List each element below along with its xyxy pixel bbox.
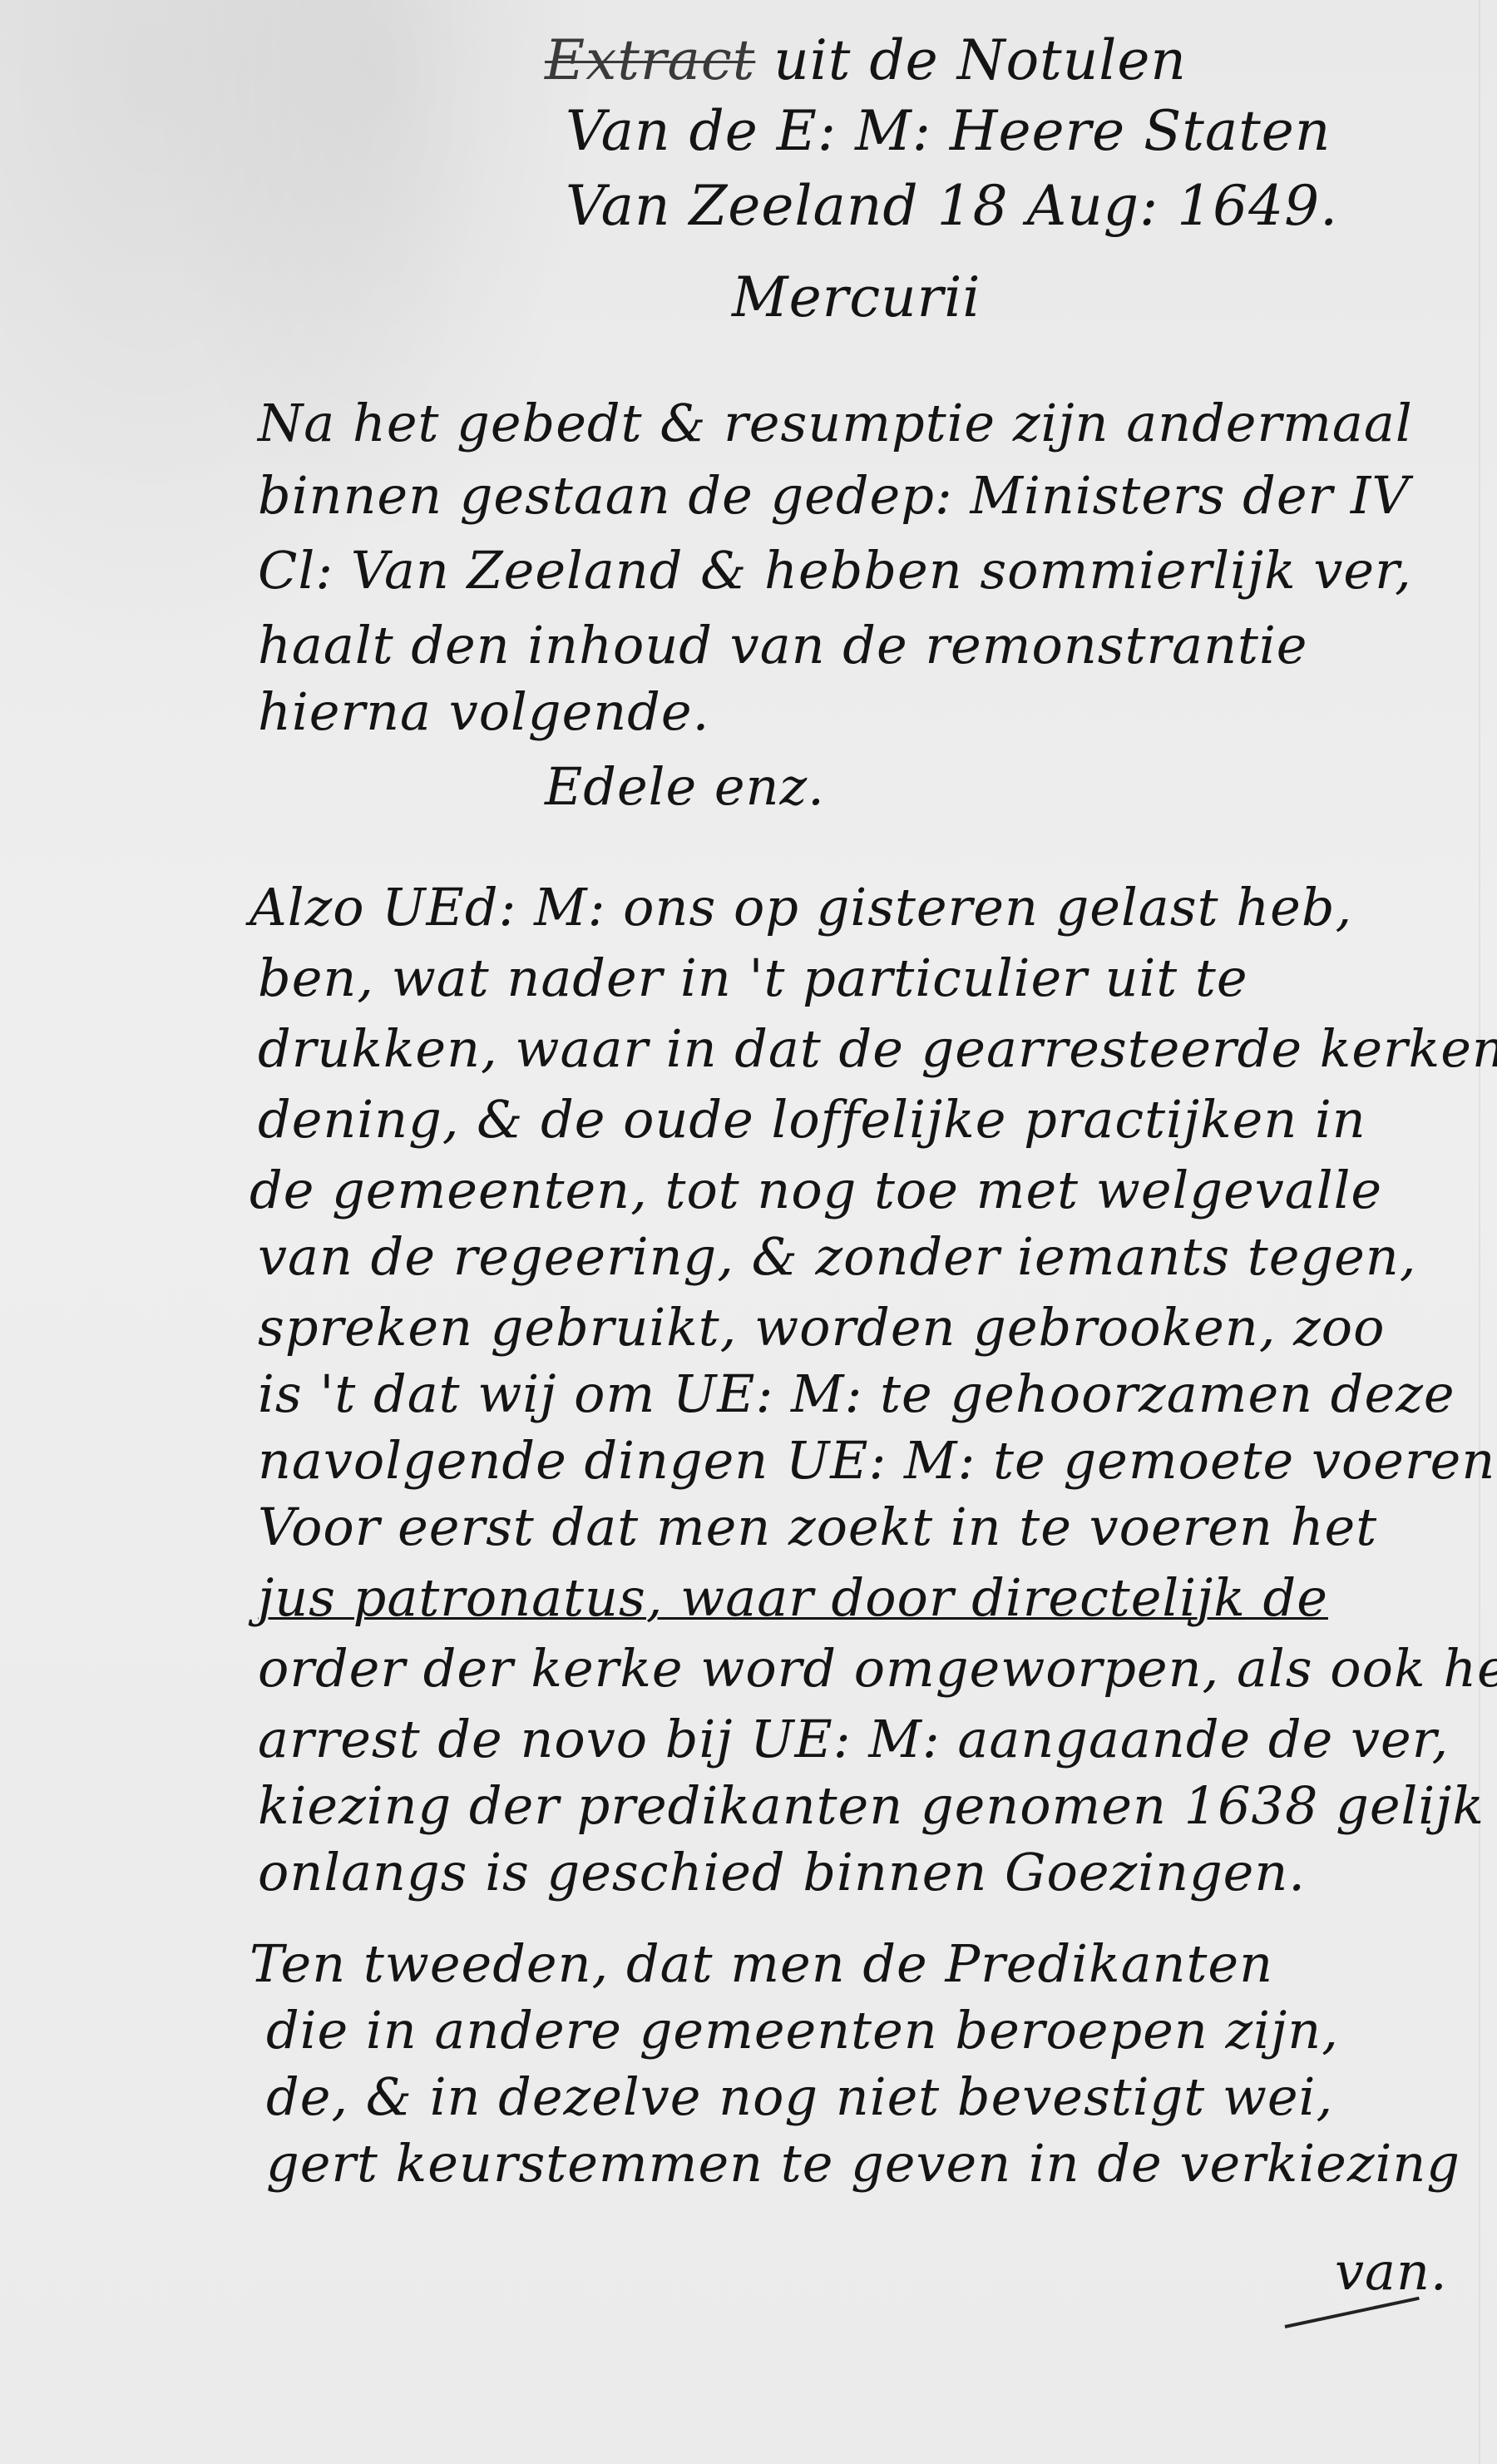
body1-line-4: dening, & de oude loffelijke practijken … (258, 1094, 1366, 1145)
body1-line-3: drukken, waar in dat de gearresteerde ke… (258, 1023, 1497, 1075)
intro-line-1: Na het gebedt & resumptie zijn andermaal (258, 398, 1413, 449)
body1-line-6: van de regeering, & zonder iemants tegen… (258, 1231, 1416, 1283)
page-edge-shadow (1479, 0, 1480, 2464)
header-struck-word: Extract (545, 28, 755, 92)
header-line-4: Mercurii (732, 270, 981, 325)
header-line-3: Van Zeeland 18 Aug: 1649. (566, 179, 1338, 234)
intro-line-2: binnen gestaan de gedep: Ministers der I… (258, 470, 1410, 522)
body1-line-14: kiezing der predikanten genomen 1638 gel… (258, 1780, 1485, 1832)
body1-line-13: arrest de novo bij UE: M: aangaande de v… (258, 1714, 1449, 1765)
body1-line-5: de gemeenten, tot nog toe met welgevalle (249, 1165, 1382, 1216)
body1-line-7: spreken gebruikt, worden gebrooken, zoo (258, 1302, 1385, 1353)
intro-line-5: hierna volgende. (258, 686, 709, 738)
salutation: Edele enz. (545, 761, 825, 813)
header-line-2: Van de E: M: Heere Staten (566, 104, 1331, 159)
manuscript-page: Extract uit de Notulen Van de E: M: Heer… (0, 0, 1497, 2464)
body2-line-4: gert keurstemmen te geven in de verkiezi… (266, 2138, 1460, 2189)
body2-line-2: die in andere gemeenten beroepen zijn, (266, 2005, 1339, 2056)
body1-line-1: Alzo UEd: M: ons op gisteren gelast heb, (249, 882, 1352, 933)
body1-line-9: navolgende dingen UE: M: te gemoete voer… (258, 1435, 1495, 1487)
body2-line-1: Ten tweeden, dat men de Predikanten (249, 1938, 1273, 1990)
header-line-1: Extract uit de Notulen (545, 33, 1187, 88)
body1-line-8: is 't dat wij om UE: M: te gehoorzamen d… (258, 1368, 1455, 1420)
body1-line-11: jus patronatus, waar door directelijk de (258, 1572, 1328, 1624)
header-line-1-rest: uit de Notulen (773, 28, 1187, 92)
jus-patronatus-underlined: jus patronatus, waar door directelijk de (258, 1567, 1328, 1628)
body1-line-2: ben, wat nader in 't particulier uit te (258, 952, 1248, 1004)
intro-line-3: Cl: Van Zeeland & hebben sommierlijk ver… (258, 545, 1412, 596)
body1-line-12: order der kerke word omgeworpen, als ook… (258, 1643, 1497, 1695)
intro-line-4: haalt den inhoud van de remonstrantie (258, 620, 1307, 671)
catchword: van. (1335, 2246, 1448, 2298)
body2-line-3: de, & in dezelve nog niet bevestigt wei, (266, 2071, 1333, 2123)
body1-line-15: onlangs is geschied binnen Goezingen. (258, 1847, 1306, 1898)
body1-line-10: Voor eerst dat men zoekt in te voeren he… (258, 1502, 1377, 1553)
